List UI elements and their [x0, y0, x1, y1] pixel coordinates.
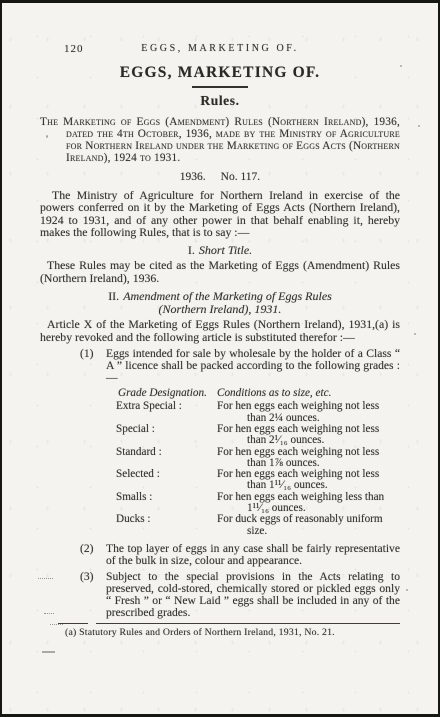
clause-2-number: (2): [80, 543, 106, 567]
clause-1-number: (1): [80, 348, 106, 384]
running-header: EGGS, MARKETING OF.: [40, 43, 400, 54]
page-content: 120 EGGS, MARKETING OF. EGGS, MARKETING …: [40, 43, 400, 638]
footnote-rule: [58, 623, 400, 625]
grade-condition: For hen eggs each weighing not less than…: [217, 424, 400, 447]
grade-row-ducks: Ducks : For duck eggs of reasonably unif…: [110, 514, 400, 537]
grade-designation-header: Grade Designation.: [110, 388, 217, 399]
rule-1-heading: I.Short Title.: [40, 244, 400, 257]
page-number: 120: [64, 43, 84, 55]
scan-speck: [42, 651, 55, 653]
rule-1-body: These Rules may be cited as the Marketin…: [40, 259, 400, 284]
conditions-header: Conditions as to size, etc.: [217, 388, 400, 399]
rule-2-title-line2: (Northern Ireland), 1931.: [40, 303, 400, 316]
rule-2-body: Article X of the Marketing of Eggs Rules…: [40, 318, 400, 343]
title-divider: [192, 86, 248, 88]
footnote: (a) Statutory Rules and Orders of Northe…: [65, 627, 400, 638]
grade-condition: For duck eggs of reasonably uniform size…: [217, 514, 400, 537]
rule-2-number: II.: [108, 289, 119, 303]
grade-row-standard: Standard : For hen eggs each weighing no…: [110, 447, 400, 470]
grade-name: Smalls :: [110, 492, 217, 515]
clause-3-text: Subject to the special provisions in the…: [106, 571, 400, 619]
citation-year: 1936.: [180, 171, 206, 183]
grade-row-special: Special : For hen eggs each weighing not…: [110, 424, 400, 447]
grade-row-smalls: Smalls : For hen eggs each weighing less…: [110, 492, 400, 515]
rule-2-heading: II.Amendment of the Marketing of Eggs Ru…: [40, 290, 400, 315]
scan-speck: [414, 333, 416, 335]
grade-row-extra-special: Extra Special : For hen eggs each weighi…: [110, 401, 400, 424]
scanned-page: 120 EGGS, MARKETING OF. EGGS, MARKETING …: [0, 0, 440, 717]
grade-table: Grade Designation. Conditions as to size…: [110, 388, 400, 537]
clause-1-text: Eggs intended for sale by wholesale by t…: [106, 348, 400, 384]
document-title: EGGS, MARKETING OF.: [40, 64, 400, 82]
clause-2-text: The top layer of eggs in any case shall …: [106, 543, 400, 567]
enacting-paragraph: The Ministry of Agriculture for Northern…: [40, 189, 400, 239]
rule-1-number: I.: [188, 243, 195, 257]
grade-name: Extra Special :: [110, 401, 217, 424]
grade-name: Selected :: [110, 469, 217, 492]
grade-name: Standard :: [110, 447, 217, 470]
clause-1: (1) Eggs intended for sale by wholesale …: [40, 348, 400, 384]
grade-name: Special :: [110, 424, 217, 447]
scan-speck: [406, 589, 408, 591]
grade-name: Ducks :: [110, 514, 217, 537]
grade-condition: For hen eggs each weighing not less than…: [217, 469, 400, 492]
grade-row-selected: Selected : For hen eggs each weighing no…: [110, 469, 400, 492]
rules-heading: Rules.: [40, 93, 400, 109]
rule-2-title: Amendment of the Marketing of Eggs Rules: [123, 289, 332, 303]
citation-number: No. 117.: [221, 171, 261, 183]
scan-speck: [400, 65, 402, 67]
grade-condition: For hen eggs each weighing less than 1¹¹…: [217, 492, 400, 515]
grade-table-header: Grade Designation. Conditions as to size…: [110, 388, 400, 399]
preamble: The Marketing of Eggs (Amendment) Rules …: [40, 116, 400, 164]
scan-speck: [418, 125, 420, 127]
rule-1-title: Short Title.: [199, 243, 252, 257]
clause-3-number: (3): [80, 571, 106, 619]
citation-line: 1936.No. 117.: [40, 171, 400, 183]
grade-condition: For hen eggs each weighing not less than…: [217, 401, 400, 424]
clause-3: (3) Subject to the special provisions in…: [40, 571, 400, 619]
page-header: 120 EGGS, MARKETING OF.: [40, 43, 400, 56]
clause-2: (2) The top layer of eggs in any case sh…: [40, 543, 400, 567]
grade-condition: For hen eggs each weighing not less than…: [217, 447, 400, 470]
rule-2-title-line1: II.Amendment of the Marketing of Eggs Ru…: [40, 290, 400, 303]
